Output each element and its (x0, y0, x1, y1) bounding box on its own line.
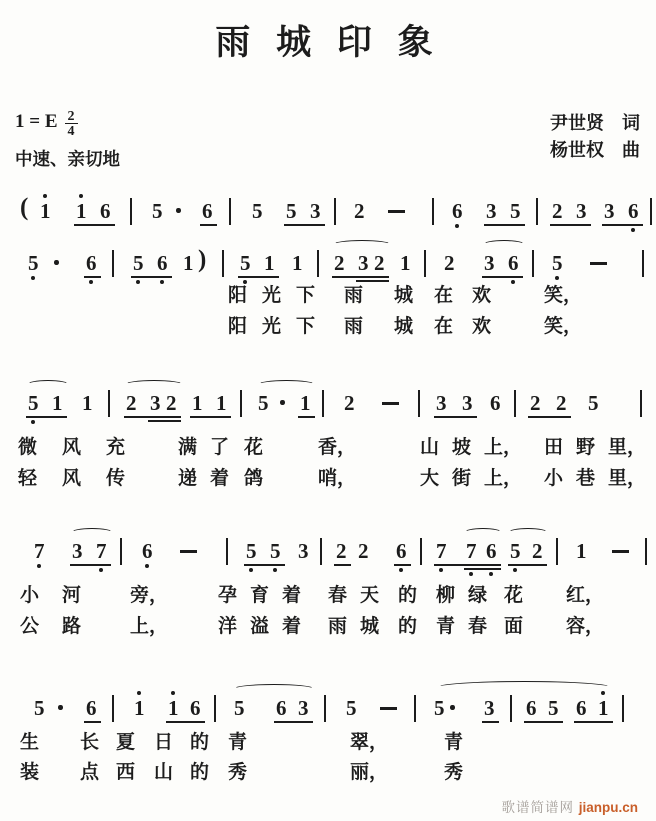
note-1: 1 (264, 252, 275, 274)
note-3: 3 (298, 697, 309, 719)
note-3: 3 (486, 200, 497, 222)
lyric-syllable: 着 (282, 616, 301, 638)
lyric-syllable: 旁， (130, 585, 168, 607)
lyric-syllable: 青 (444, 732, 463, 754)
lyric-syllable: 的 (190, 732, 209, 754)
note-6: 6 (100, 200, 111, 222)
lyric-syllable: 在 (434, 316, 453, 338)
barline (640, 390, 642, 417)
lyric-syllable: 的 (398, 585, 417, 607)
octave-dot-high (43, 194, 47, 198)
beam-underline (482, 276, 523, 278)
note-2: 2 (556, 392, 567, 414)
lyric-syllable: 阳 (228, 316, 247, 338)
barline (322, 390, 324, 417)
lyric-syllable: 柳 (436, 585, 455, 607)
slur-tie (333, 240, 391, 249)
note-5: 5 (258, 392, 269, 414)
lyric-syllable: 香， (318, 437, 356, 459)
slur-tie (483, 240, 525, 249)
lyric-syllable: 装 (20, 762, 39, 784)
note-2: 2 (532, 540, 543, 562)
note-2: 2 (358, 540, 369, 562)
note-5: 5 (552, 252, 563, 274)
lyric-line-5: 小河旁，孕育着春天的柳绿花红， (0, 585, 656, 609)
dash-rest (388, 210, 405, 213)
note-2: 2 (530, 392, 541, 414)
barline (324, 695, 326, 722)
lyric-syllable: 秀 (444, 762, 463, 784)
note-6: 6 (276, 697, 287, 719)
beam-underline (70, 564, 111, 566)
note-3: 3 (358, 252, 369, 274)
beam-underline (284, 224, 325, 226)
note-6: 6 (396, 540, 407, 562)
octave-dot-low (99, 568, 103, 572)
barline (112, 695, 114, 722)
note-1: 1 (168, 697, 179, 719)
note-6: 6 (157, 252, 168, 274)
beam-underline (84, 276, 101, 278)
note-1: 1 (576, 540, 587, 562)
lyric-syllable: 充 (106, 437, 125, 459)
lyric-syllable: 丽， (350, 762, 388, 784)
barline (622, 695, 624, 722)
note-7: 7 (96, 540, 107, 562)
beam-underline (508, 564, 547, 566)
note-5: 5 (286, 200, 297, 222)
note-6: 6 (486, 540, 497, 562)
barline (334, 198, 336, 225)
beam-underline (482, 721, 499, 723)
barline (130, 198, 132, 225)
barline (556, 538, 558, 565)
note-1: 1 (292, 252, 303, 274)
beam-underline (464, 568, 501, 570)
beam-underline (574, 721, 613, 723)
lyric-syllable: 坡 (452, 437, 471, 459)
beam-underline (26, 416, 67, 418)
note-6: 6 (628, 200, 639, 222)
dash-rest (590, 262, 607, 265)
beam-underline (131, 276, 172, 278)
note-3: 3 (484, 697, 495, 719)
octave-dot-low (31, 276, 35, 280)
lyric-syllable: 笑， (544, 316, 582, 338)
slur-tie (464, 528, 502, 537)
music-line-3: 51123211512336225 (0, 392, 656, 432)
augmentation-dot (54, 260, 59, 265)
beam-underline (484, 224, 525, 226)
lyric-line-8: 装点西山的秀丽，秀 (0, 762, 656, 786)
note-6: 6 (508, 252, 519, 274)
lyric-line-2: 阳光下雨城在欢笑， (0, 316, 656, 340)
octave-dot-high (171, 691, 175, 695)
lyric-syllable: 田 (544, 437, 563, 459)
lyric-syllable: 递 (178, 468, 197, 490)
octave-dot-low (455, 224, 459, 228)
augmentation-dot (450, 705, 455, 710)
lyric-syllable: 轻 (18, 468, 37, 490)
octave-dot-low (31, 420, 35, 424)
note-5: 5 (434, 697, 445, 719)
beam-underline (238, 276, 279, 278)
note-2: 2 (336, 540, 347, 562)
beam-underline (190, 416, 231, 418)
note-1: 1 (76, 200, 87, 222)
lyric-syllable: 洋 (218, 616, 237, 638)
barline (229, 198, 231, 225)
note-5: 5 (346, 697, 357, 719)
octave-dot-low (469, 572, 473, 576)
note-6: 6 (452, 200, 463, 222)
lyric-syllable: 育 (250, 585, 269, 607)
watermark: 歌谱简谱网 jianpu.cn (501, 796, 638, 816)
lyric-syllable: 小 (544, 468, 563, 490)
lyric-line-3: 微风充满了花香，山坡上，田野里， (0, 437, 656, 461)
lyric-syllable: 青 (436, 616, 455, 638)
beam-underline (434, 564, 501, 566)
barline (222, 250, 224, 277)
note-3: 3 (72, 540, 83, 562)
note-2: 2 (444, 252, 455, 274)
lyric-syllable: 春 (468, 616, 487, 638)
lyric-syllable: 里， (608, 468, 646, 490)
lyric-syllable: 里， (608, 437, 646, 459)
note-1: 1 (216, 392, 227, 414)
beam-underline (434, 416, 477, 418)
octave-dot-low (160, 280, 164, 284)
barline (317, 250, 319, 277)
lyric-syllable: 山 (420, 437, 439, 459)
lyric-syllable: 阳 (228, 285, 247, 307)
barline (532, 250, 534, 277)
lyric-line-1: 阳光下雨城在欢笑， (0, 285, 656, 309)
note-6: 6 (86, 252, 97, 274)
lyric-syllable: 容， (566, 616, 604, 638)
octave-dot-high (601, 691, 605, 695)
beam-underline (74, 224, 115, 226)
barline (226, 538, 228, 565)
octave-dot-high (79, 194, 83, 198)
lyric-syllable: 光 (262, 285, 281, 307)
augmentation-dot (176, 208, 181, 213)
note-1: 1 (192, 392, 203, 414)
lyric-syllable: 风 (62, 437, 81, 459)
lyric-syllable: 微 (18, 437, 37, 459)
note-5: 5 (510, 540, 521, 562)
lyric-syllable: 秀 (228, 762, 247, 784)
lyric-syllable: 夏 (116, 732, 135, 754)
lyric-syllable: 的 (190, 762, 209, 784)
lyric-syllable: 雨 (344, 316, 363, 338)
beam-underline (332, 276, 389, 278)
barline (424, 250, 426, 277)
slur-tie (27, 380, 69, 389)
lyric-syllable: 翠， (350, 732, 388, 754)
beam-underline (334, 564, 351, 566)
octave-dot-low (145, 564, 149, 568)
lyric-syllable: 面 (504, 616, 523, 638)
barline (650, 198, 652, 225)
lyric-syllable: 着 (282, 585, 301, 607)
lyric-line-6: 公路上，洋溢着雨城的青春面容， (0, 616, 656, 640)
dash-rest (382, 402, 399, 405)
note-1: 1 (52, 392, 63, 414)
lyric-syllable: 路 (62, 616, 81, 638)
lyric-syllable: 雨 (344, 285, 363, 307)
note-2: 2 (552, 200, 563, 222)
note-5: 5 (28, 392, 39, 414)
lyric-syllable: 上， (484, 437, 522, 459)
music-line-5: 561165635536561 (0, 697, 656, 737)
beam-underline (200, 224, 217, 226)
note-2: 2 (374, 252, 385, 274)
barline (112, 250, 114, 277)
note-6: 6 (202, 200, 213, 222)
note-7: 7 (34, 540, 45, 562)
barline (418, 390, 420, 417)
watermark-site-url: jianpu.cn (579, 800, 638, 815)
lyric-syllable: 春 (328, 585, 347, 607)
note-6: 6 (526, 697, 537, 719)
augmentation-dot (58, 705, 63, 710)
slur-tie (71, 528, 113, 537)
beam-underline (274, 721, 313, 723)
lyric-syllable: 下 (296, 316, 315, 338)
lyric-syllable: 孕 (218, 585, 237, 607)
note-3: 3 (462, 392, 473, 414)
barline (214, 695, 216, 722)
octave-dot-high (137, 691, 141, 695)
barline (108, 390, 110, 417)
note-1: 1 (183, 252, 194, 274)
beam-underline (550, 224, 591, 226)
note-7: 7 (436, 540, 447, 562)
note-7: 7 (466, 540, 477, 562)
octave-dot-low (511, 280, 515, 284)
slur-tie (233, 684, 315, 694)
note-5: 5 (548, 697, 559, 719)
note-6: 6 (142, 540, 153, 562)
lyric-syllable: 鸽 (244, 468, 263, 490)
slur-tie (508, 528, 548, 537)
lyric-syllable: 光 (262, 316, 281, 338)
lyric-syllable: 花 (504, 585, 523, 607)
lyric-syllable: 青 (228, 732, 247, 754)
octave-dot-low (439, 568, 443, 572)
lyric-syllable: 野 (576, 437, 595, 459)
note-5: 5 (252, 200, 263, 222)
note-2: 2 (334, 252, 345, 274)
lyric-syllable: 城 (394, 316, 413, 338)
lyric-syllable: 欢 (472, 316, 491, 338)
beam-underline (298, 416, 315, 418)
note-1: 1 (40, 200, 51, 222)
lyric-syllable: 天 (360, 585, 379, 607)
note-5: 5 (588, 392, 599, 414)
note-5: 5 (510, 200, 521, 222)
octave-dot-low (89, 280, 93, 284)
lyric-syllable: 城 (360, 616, 379, 638)
note-5: 5 (270, 540, 281, 562)
lyric-syllable: 河 (62, 585, 81, 607)
barline (120, 538, 122, 565)
lyric-syllable: 欢 (472, 285, 491, 307)
barline (514, 390, 516, 417)
lyric-syllable: 公 (20, 616, 39, 638)
note-5: 5 (152, 200, 163, 222)
slur-tie (125, 380, 183, 389)
barline (432, 198, 434, 225)
lyric-syllable: 花 (244, 437, 263, 459)
note-3: 3 (576, 200, 587, 222)
barline (240, 390, 242, 417)
lyric-syllable: 点 (80, 762, 99, 784)
lyric-line-4: 轻风传递着鸽哨，大街上，小巷里， (0, 468, 656, 492)
lyric-syllable: 绿 (468, 585, 487, 607)
lyric-syllable: 的 (398, 616, 417, 638)
note-5: 5 (246, 540, 257, 562)
open-paren-icon: ( (20, 197, 28, 219)
barline (642, 250, 644, 277)
lyric-syllable: 长 (80, 732, 99, 754)
note-3: 3 (436, 392, 447, 414)
note-5: 5 (28, 252, 39, 274)
lyric-syllable: 日 (154, 732, 173, 754)
barline (420, 538, 422, 565)
note-1: 1 (82, 392, 93, 414)
octave-dot-low (555, 276, 559, 280)
dash-rest (180, 550, 197, 553)
note-6: 6 (86, 697, 97, 719)
note-5: 5 (133, 252, 144, 274)
dash-rest (380, 707, 397, 710)
note-3: 3 (150, 392, 161, 414)
lyric-syllable: 风 (62, 468, 81, 490)
beam-underline (528, 416, 571, 418)
barline (320, 538, 322, 565)
note-1: 1 (400, 252, 411, 274)
lyric-syllable: 传 (106, 468, 125, 490)
music-line-4: 7376553226776521 (0, 540, 656, 580)
lyric-syllable: 上， (484, 468, 522, 490)
beam-underline (148, 420, 181, 422)
octave-dot-low (399, 568, 403, 572)
lyric-syllable: 巷 (576, 468, 595, 490)
lyric-syllable: 溢 (250, 616, 269, 638)
beam-underline (356, 280, 389, 282)
dash-rest (612, 550, 629, 553)
octave-dot-low (631, 228, 635, 232)
note-3: 3 (310, 200, 321, 222)
lyric-syllable: 西 (116, 762, 135, 784)
note-3: 3 (604, 200, 615, 222)
note-2: 2 (126, 392, 137, 414)
octave-dot-low (243, 280, 247, 284)
octave-dot-low (489, 572, 493, 576)
note-5: 5 (234, 697, 245, 719)
music-line-1: (1165655326352336 (0, 200, 656, 240)
lyric-syllable: 笑， (544, 285, 582, 307)
lyric-line-7: 生长夏日的青翠，青 (0, 732, 656, 756)
barline (414, 695, 416, 722)
octave-dot-low (136, 280, 140, 284)
note-6: 6 (190, 697, 201, 719)
lyric-syllable: 下 (296, 285, 315, 307)
beam-underline (84, 721, 101, 723)
note-6: 6 (576, 697, 587, 719)
beam-underline (602, 224, 643, 226)
beam-underline (244, 564, 285, 566)
beam-underline (394, 564, 411, 566)
note-5: 5 (240, 252, 251, 274)
note-2: 2 (354, 200, 365, 222)
lyric-syllable: 街 (452, 468, 471, 490)
barline (510, 695, 512, 722)
note-3: 3 (484, 252, 495, 274)
octave-dot-low (273, 568, 277, 572)
lyric-syllable: 满 (178, 437, 197, 459)
lyric-syllable: 城 (394, 285, 413, 307)
beam-underline (524, 721, 563, 723)
lyric-syllable: 山 (154, 762, 173, 784)
augmentation-dot (280, 400, 285, 405)
close-paren-icon: ) (198, 249, 206, 271)
note-6: 6 (490, 392, 501, 414)
lyric-syllable: 哨， (318, 468, 356, 490)
beam-underline (166, 721, 205, 723)
slur-tie (258, 380, 315, 389)
note-1: 1 (300, 392, 311, 414)
note-5: 5 (34, 697, 45, 719)
note-1: 1 (598, 697, 609, 719)
lyric-syllable: 在 (434, 285, 453, 307)
lyric-syllable: 了 (210, 437, 229, 459)
lyric-syllable: 大 (420, 468, 439, 490)
lyric-syllable: 上， (130, 616, 168, 638)
lyric-syllable: 小 (20, 585, 39, 607)
barline (645, 538, 647, 565)
score-area: (116565532635233656561)51123212365511232… (0, 0, 656, 821)
lyric-syllable: 着 (210, 468, 229, 490)
barline (536, 198, 538, 225)
note-3: 3 (298, 540, 309, 562)
octave-dot-low (37, 564, 41, 568)
score-page: 雨 城 印 象 1 = E24 中速、亲切地 尹世贤 词 杨世权 曲 (1165… (0, 0, 656, 821)
note-2: 2 (166, 392, 177, 414)
octave-dot-low (249, 568, 253, 572)
lyric-syllable: 生 (20, 732, 39, 754)
watermark-site-name: 歌谱简谱网 (501, 800, 574, 815)
lyric-syllable: 雨 (328, 616, 347, 638)
slur-tie (436, 681, 612, 694)
note-1: 1 (134, 697, 145, 719)
beam-underline (124, 416, 181, 418)
note-2: 2 (344, 392, 355, 414)
octave-dot-low (513, 568, 517, 572)
lyric-syllable: 红， (566, 585, 604, 607)
